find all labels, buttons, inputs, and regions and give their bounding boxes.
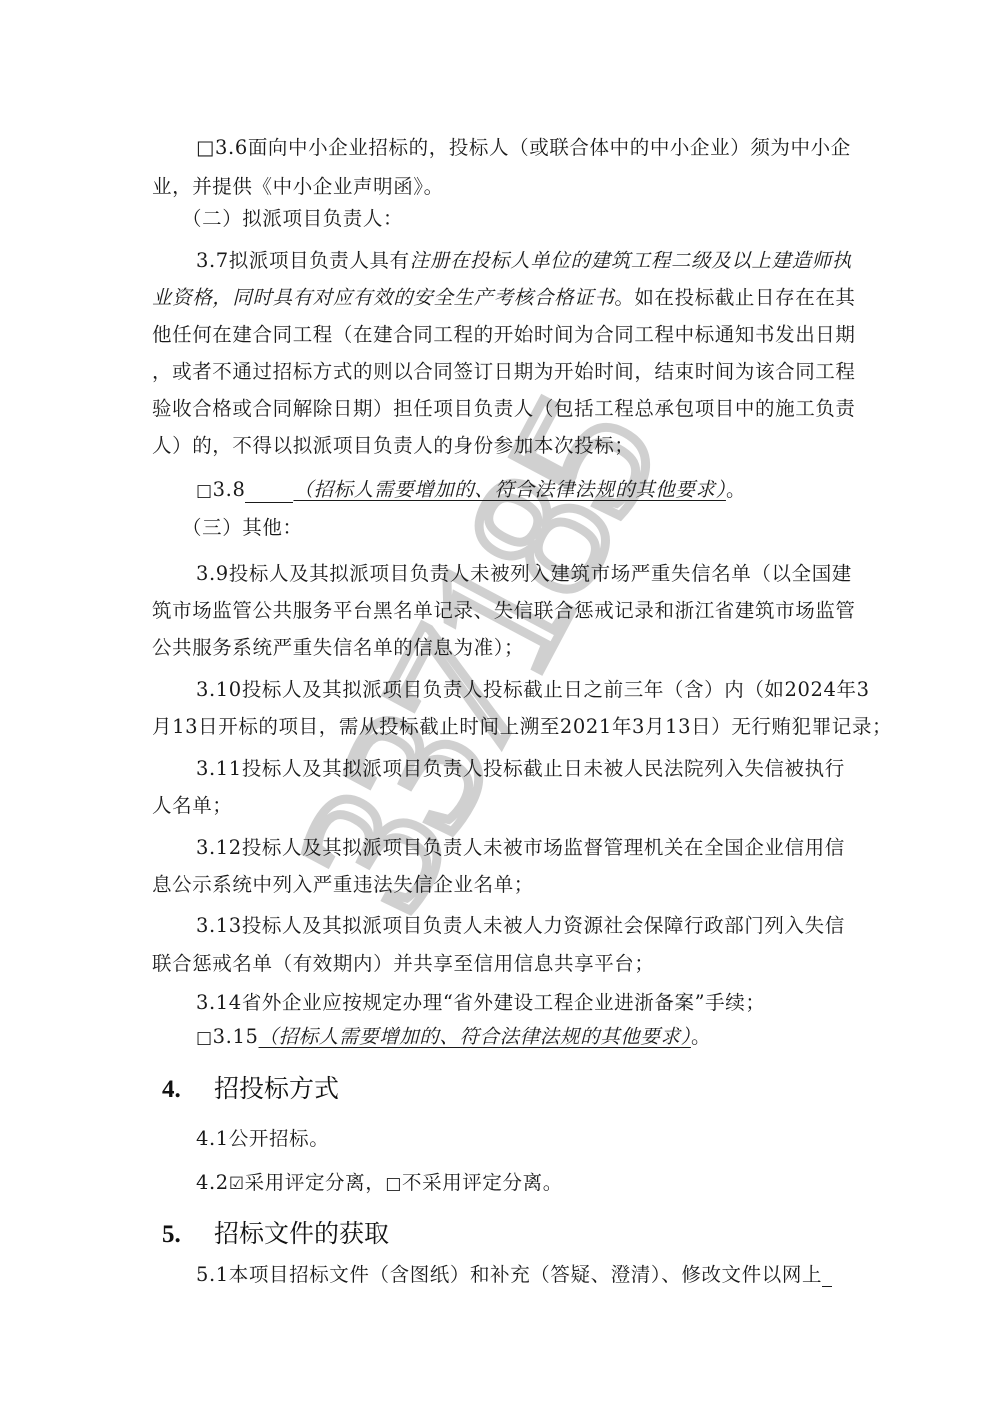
item-3-7-line3: 他任何在建合同工程（在建合同工程的开始时间为合同工程中标通知书发出日期 xyxy=(152,323,856,347)
item-3-9-line3: 公共服务系统严重失信名单的信息为准）； xyxy=(152,636,524,660)
item-3-7-italic1: 注册在投标人单位的建筑工程二级及以上建造师执 xyxy=(410,249,852,272)
subsection-3-title: （三）其他： xyxy=(182,516,303,540)
item-3-10-line1: 3.10投标人及其拟派项目负责人投标截止日之前三年（含）内（如2024年3 xyxy=(196,678,870,702)
item-3-7-line5: 验收合格或合同解除日期）担任项目负责人（包括工程总承包项目中的施工负责 xyxy=(152,397,856,421)
item-3-12-line2: 息公示系统中列入严重违法失信企业名单； xyxy=(152,873,534,897)
item-3-12-line1: 3.12投标人及其拟派项目负责人未被市场监督管理机关在全国企业信用信 xyxy=(196,836,845,860)
item-3-15: □3.15（招标人需要增加的、符合法律法规的其他要求）。 xyxy=(196,1025,711,1050)
item-3-7-italic2: 业资格，同时具有对应有效的安全生产考核合格证书 xyxy=(152,286,614,309)
item-5-1-text: 5.1本项目招标文件（含图纸）和补充（答疑、澄清）、修改文件以网上 xyxy=(196,1263,822,1286)
item-3-7-prefix: 3.7拟派项目负责人具有 xyxy=(196,249,410,272)
section-4-number: 4. xyxy=(162,1075,214,1105)
section-5-number: 5. xyxy=(162,1220,214,1250)
item-5-1: 5.1本项目招标文件（含图纸）和补充（答疑、澄清）、修改文件以网上 xyxy=(196,1263,832,1287)
section-4-title: 招投标方式 xyxy=(214,1074,339,1103)
checkbox-unchecked-icon[interactable]: □ xyxy=(196,479,213,503)
subsection-2-title: （二）拟派项目负责人： xyxy=(182,207,403,231)
item-3-6-line1: □3.6面向中小企业招标的，投标人（或联合体中的中小企业）须为中小企 xyxy=(196,136,851,160)
item-3-9-line2: 筑市场监管公共服务平台黑名单记录、失信联合惩戒记录和浙江省建筑市场监管 xyxy=(152,599,856,623)
item-4-2: 4.2☑采用评定分离，□不采用评定分离。 xyxy=(196,1171,563,1196)
checkbox-checked-icon[interactable]: ☑ xyxy=(229,1172,245,1196)
item-3-15-placeholder: （招标人需要增加的、符合法律法规的其他要求） xyxy=(259,1025,691,1048)
section-5-heading: 5.招标文件的获取 xyxy=(162,1219,389,1250)
option-not-adopt-label: 不采用评定分离。 xyxy=(402,1171,563,1194)
item-3-8-placeholder: （招标人需要增加的、符合法律法规的其他要求） xyxy=(293,478,725,501)
item-3-8: □3.8（招标人需要增加的、符合法律法规的其他要求）。 xyxy=(196,478,746,503)
option-adopt-label: 采用评定分离， xyxy=(245,1171,386,1194)
item-3-7-line1: 3.7拟派项目负责人具有注册在投标人单位的建筑工程二级及以上建造师执 xyxy=(196,249,852,273)
item-3-6-line2: 业，并提供《中小企业声明函》。 xyxy=(152,175,444,199)
underline-blank xyxy=(822,1266,832,1287)
item-3-14: 3.14省外企业应按规定办理“省外建设工程企业进浙备案”手续； xyxy=(196,991,765,1015)
underline-blank xyxy=(245,482,293,503)
item-3-13-line2: 联合惩戒名单（有效期内）并共享至信用信息共享平台； xyxy=(152,952,655,976)
item-3-7-line4: ，或者不通过招标方式的则以合同签订日期为开始时间，结束时间为该合同工程 xyxy=(152,360,856,384)
item-3-15-number: 3.15 xyxy=(213,1025,259,1048)
item-3-7-line2: 业资格，同时具有对应有效的安全生产考核合格证书。如在投标截止日存在在其 xyxy=(152,286,856,310)
item-4-1: 4.1公开招标。 xyxy=(196,1127,329,1151)
section-5-title: 招标文件的获取 xyxy=(214,1219,389,1248)
item-3-7-line6: 人）的，不得以拟派项目负责人的身份参加本次投标； xyxy=(152,434,634,458)
item-3-10-line2: 月13日开标的项目，需从投标截止时间上溯至2021年3月13日）无行贿犯罪记录； xyxy=(152,715,892,739)
item-3-13-line1: 3.13投标人及其拟派项目负责人未被人力资源社会保障行政部门列入失信 xyxy=(196,914,845,938)
item-3-11-line1: 3.11投标人及其拟派项目负责人投标截止日未被人民法院列入失信被执行 xyxy=(196,757,845,781)
item-3-9-line1: 3.9投标人及其拟派项目负责人未被列入建筑市场严重失信名单（以全国建 xyxy=(196,562,852,586)
document-page: □3.6面向中小企业招标的，投标人（或联合体中的中小企业）须为中小企 业，并提供… xyxy=(152,0,852,1414)
checkbox-unchecked-icon[interactable]: □ xyxy=(385,1172,402,1196)
item-3-7-rest2: 。如在投标截止日存在在其 xyxy=(614,286,855,309)
item-3-8-end: 。 xyxy=(726,478,746,501)
item-4-2-number: 4.2 xyxy=(196,1171,229,1194)
section-4-heading: 4.招投标方式 xyxy=(162,1074,339,1105)
item-3-8-number: 3.8 xyxy=(213,478,246,501)
item-3-15-end: 。 xyxy=(691,1025,711,1048)
item-3-11-line2: 人名单； xyxy=(152,794,232,818)
checkbox-unchecked-icon[interactable]: □ xyxy=(196,1026,213,1050)
